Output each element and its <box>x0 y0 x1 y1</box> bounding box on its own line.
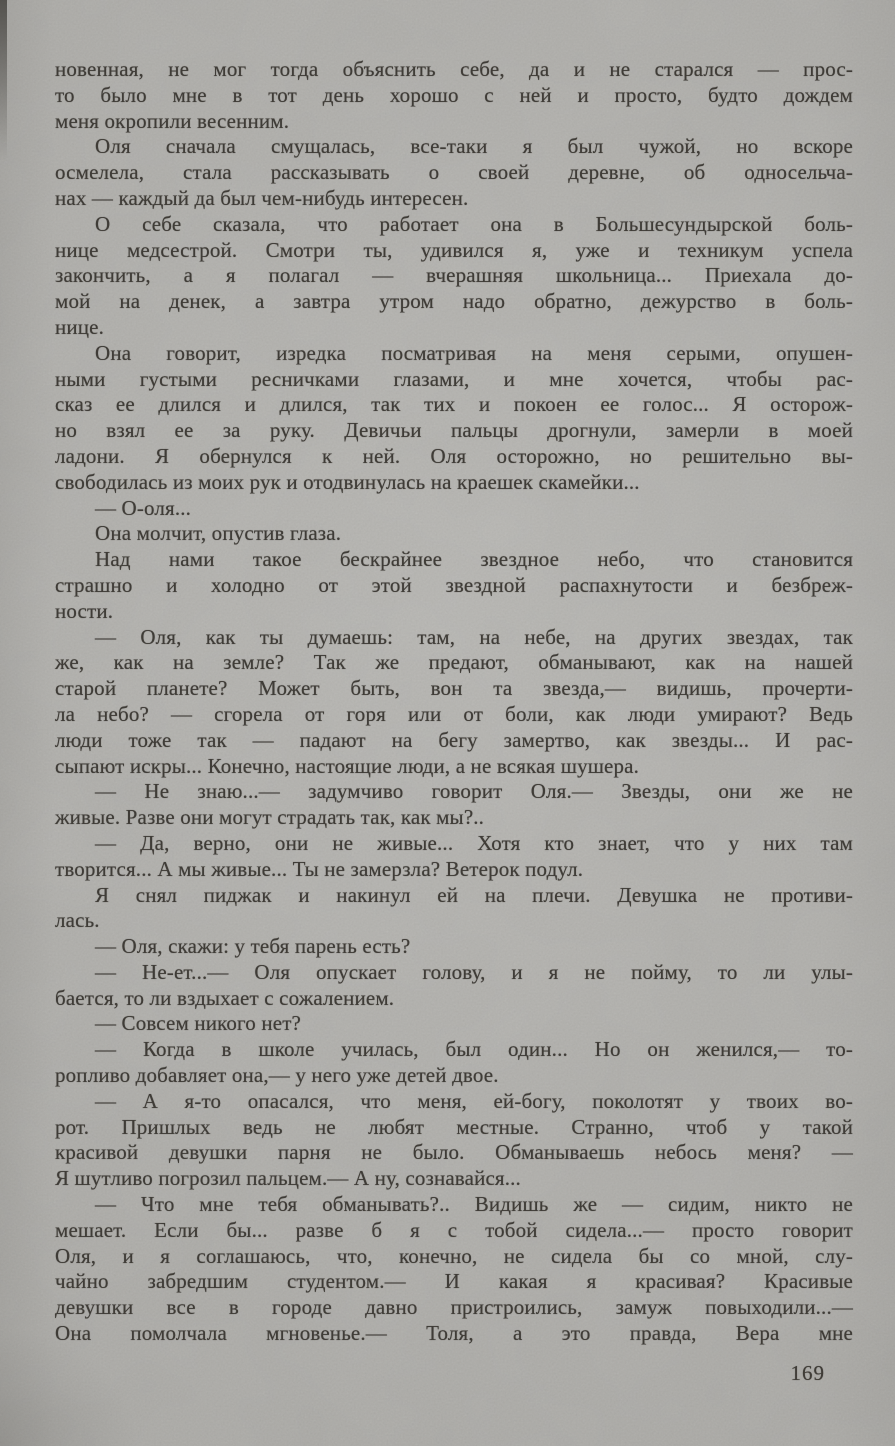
text-line: Она молчит, опустив глаза. <box>55 521 853 547</box>
paragraph: — Что мне тебя обманывать?.. Видишь же —… <box>55 1192 853 1347</box>
text-line: ности. <box>55 599 853 625</box>
text-line: нице. <box>55 315 853 341</box>
text-line: ладони. Я обернулся к ней. Оля осторожно… <box>55 444 853 470</box>
paragraph: — Оля, скажи: у тебя парень есть? <box>55 934 853 960</box>
text-line: рот. Пришлых ведь не любят местные. Стра… <box>55 1115 853 1141</box>
text-line: мешает. Если бы... разве б я с тобой сид… <box>55 1218 853 1244</box>
scan-edge-shadow <box>0 0 7 160</box>
text-line: меня окропили весенним. <box>55 109 853 135</box>
text-line: нице медсестрой. Смотри ты, удивился я, … <box>55 238 853 264</box>
text-line: красивой девушки парня не было. Обманыва… <box>55 1140 853 1166</box>
text-line: — Не-ет...— Оля опускает голову, и я не … <box>55 960 853 986</box>
text-line: ропливо добавляет она,— у него уже детей… <box>55 1063 853 1089</box>
book-page: новенная, не мог тогда объяснить себе, д… <box>0 0 895 1446</box>
paragraph: — Оля, как ты думаешь: там, на небе, на … <box>55 625 853 780</box>
paragraph: — Совсем никого нет? <box>55 1011 853 1037</box>
text-line: Над нами такое бескрайнее звездное небо,… <box>55 547 853 573</box>
text-line: закончить, а я полагал — вчерашняя школь… <box>55 263 853 289</box>
paragraph: Она говорит, изредка посматривая на меня… <box>55 341 853 496</box>
text-line: живые. Разве они могут страдать так, как… <box>55 805 853 831</box>
text-line: то было мне в тот день хорошо с ней и пр… <box>55 83 853 109</box>
paragraph: — О-оля... <box>55 496 853 522</box>
text-line: Я шутливо погрозил пальцем.— А ну, созна… <box>55 1166 853 1192</box>
text-line: творится... А мы живые... Ты не замерзла… <box>55 857 853 883</box>
paragraph: — Когда в школе училась, был один... Но … <box>55 1037 853 1089</box>
text-line: Оля, и я соглашаюсь, что, конечно, не си… <box>55 1244 853 1270</box>
paragraph: Оля сначала смущалась, все-таки я был чу… <box>55 134 853 211</box>
text-line: мой на денек, а завтра утром надо обратн… <box>55 289 853 315</box>
text-line: новенная, не мог тогда объяснить себе, д… <box>55 57 853 83</box>
paragraph: — Не-ет...— Оля опускает голову, и я не … <box>55 960 853 1012</box>
text-line: — Когда в школе училась, был один... Но … <box>55 1037 853 1063</box>
text-line: сказ ее длился и длился, так тих и покое… <box>55 392 853 418</box>
text-line: свободилась из моих рук и отодвинулась н… <box>55 470 853 496</box>
text-line: Она помолчала мгновенье.— Толя, а это пр… <box>55 1321 853 1347</box>
text-line: лась. <box>55 908 853 934</box>
text-line: Я снял пиджак и накинул ей на плечи. Дев… <box>55 883 853 909</box>
text-line: — Да, верно, они не живые... Хотя кто зн… <box>55 831 853 857</box>
text-line: сыпают искры... Конечно, настоящие люди,… <box>55 754 853 780</box>
text-line: — Оля, как ты думаешь: там, на небе, на … <box>55 625 853 651</box>
text-line: девушки все в городе давно пристроились,… <box>55 1295 853 1321</box>
paragraph: Я снял пиджак и накинул ей на плечи. Дев… <box>55 883 853 935</box>
paragraph: О себе сказала, что работает она в Больш… <box>55 212 853 341</box>
text-line: — А я-то опасался, что меня, ей-богу, по… <box>55 1089 853 1115</box>
paragraph: — А я-то опасался, что меня, ей-богу, по… <box>55 1089 853 1192</box>
text-line: бается, то ли вздыхает с сожалением. <box>55 986 853 1012</box>
text-block: новенная, не мог тогда объяснить себе, д… <box>55 57 853 1347</box>
paragraph: Она молчит, опустив глаза. <box>55 521 853 547</box>
paragraph: — Да, верно, они не живые... Хотя кто зн… <box>55 831 853 883</box>
text-line: О себе сказала, что работает она в Больш… <box>55 212 853 238</box>
text-line: — О-оля... <box>55 496 853 522</box>
text-line: люди тоже так — падают на бегу замертво,… <box>55 728 853 754</box>
text-line: Она говорит, изредка посматривая на меня… <box>55 341 853 367</box>
text-line: — Оля, скажи: у тебя парень есть? <box>55 934 853 960</box>
text-line: — Совсем никого нет? <box>55 1011 853 1037</box>
paragraph: — Не знаю...— задумчиво говорит Оля.— Зв… <box>55 779 853 831</box>
text-line: — Не знаю...— задумчиво говорит Оля.— Зв… <box>55 779 853 805</box>
text-line: чайно забредшим студентом.— И какая я кр… <box>55 1269 853 1295</box>
text-line: же, как на земле? Так же предают, обманы… <box>55 650 853 676</box>
text-line: осмелела, стала рассказывать о своей дер… <box>55 160 853 186</box>
text-line: но взял ее за руку. Девичьи пальцы дрогн… <box>55 418 853 444</box>
text-line: ла небо? — сгорела от горя или от боли, … <box>55 702 853 728</box>
text-line: Оля сначала смущалась, все-таки я был чу… <box>55 134 853 160</box>
text-line: нах — каждый да был чем-нибудь интересен… <box>55 186 853 212</box>
text-line: старой планете? Может быть, вон та звезд… <box>55 676 853 702</box>
text-line: ными густыми ресничками глазами, и мне х… <box>55 367 853 393</box>
text-line: — Что мне тебя обманывать?.. Видишь же —… <box>55 1192 853 1218</box>
page-number: 169 <box>791 1361 826 1386</box>
paragraph: Над нами такое бескрайнее звездное небо,… <box>55 547 853 624</box>
text-line: страшно и холодно от этой звездной распа… <box>55 573 853 599</box>
paragraph: новенная, не мог тогда объяснить себе, д… <box>55 57 853 134</box>
